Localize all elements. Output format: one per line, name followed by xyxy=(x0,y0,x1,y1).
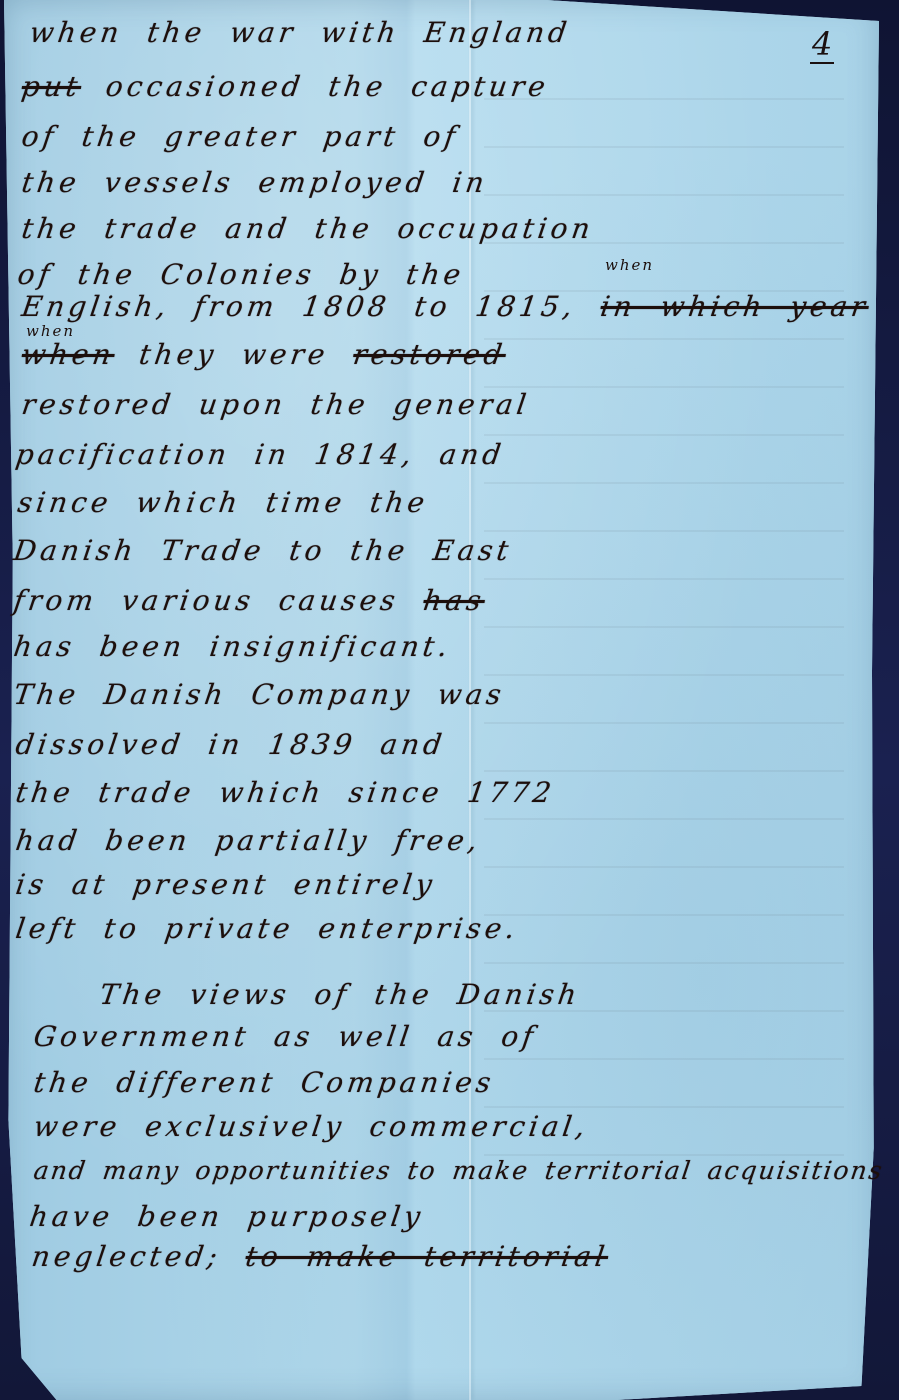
manuscript-line: had been partially free, xyxy=(14,824,484,857)
manuscript-line: of the greater part of xyxy=(20,120,462,153)
manuscript-line: pacification in 1814, and xyxy=(14,438,507,471)
manuscript-line: were exclusively commercial, xyxy=(32,1110,591,1143)
manuscript-line: of the Colonies by the xyxy=(16,258,467,291)
manuscript-line: neglected; to make territorial xyxy=(30,1240,611,1273)
manuscript-line: restored upon the general xyxy=(20,388,532,421)
struck-text: has xyxy=(421,584,487,617)
struck-text: put xyxy=(20,70,84,103)
page-number: 4 xyxy=(810,26,834,64)
manuscript-line: is at present entirely xyxy=(14,868,438,901)
struck-text: restored xyxy=(351,338,508,371)
manuscript-line: put occasioned the capture xyxy=(20,70,552,103)
manuscript-line: the trade and the occupation xyxy=(20,212,596,245)
manuscript-line: when they were restored xyxy=(20,338,508,371)
manuscript-line: the trade which since 1772 xyxy=(14,776,557,809)
manuscript-line: and many opportunities to make territori… xyxy=(32,1156,886,1185)
manuscript-line: The views of the Danish xyxy=(98,978,583,1011)
struck-text: when xyxy=(20,338,117,371)
struck-text: in which year xyxy=(598,290,871,323)
manuscript-line: have been purposely xyxy=(28,1200,426,1233)
manuscript-line: The Danish Company was xyxy=(12,678,507,711)
manuscript-line: since which time the xyxy=(16,486,431,519)
struck-text: to make territorial xyxy=(244,1240,611,1273)
manuscript-line: from various causes has xyxy=(12,584,487,617)
manuscript-line: the vessels employed in xyxy=(20,166,490,199)
manuscript-line: dissolved in 1839 and xyxy=(14,728,448,761)
manuscript-line: left to private enterprise. xyxy=(14,912,521,945)
manuscript-line: Danish Trade to the East xyxy=(12,534,515,567)
manuscript-line: English, from 1808 to 1815, in which yea… xyxy=(20,290,871,323)
manuscript-line: has been insignificant. xyxy=(12,630,454,663)
manuscript-line: the different Companies xyxy=(32,1066,497,1099)
manuscript-line: when the war with England xyxy=(28,16,573,49)
manuscript-line: Government as well as of xyxy=(32,1020,539,1053)
interlinear-insertion: when xyxy=(605,256,654,274)
